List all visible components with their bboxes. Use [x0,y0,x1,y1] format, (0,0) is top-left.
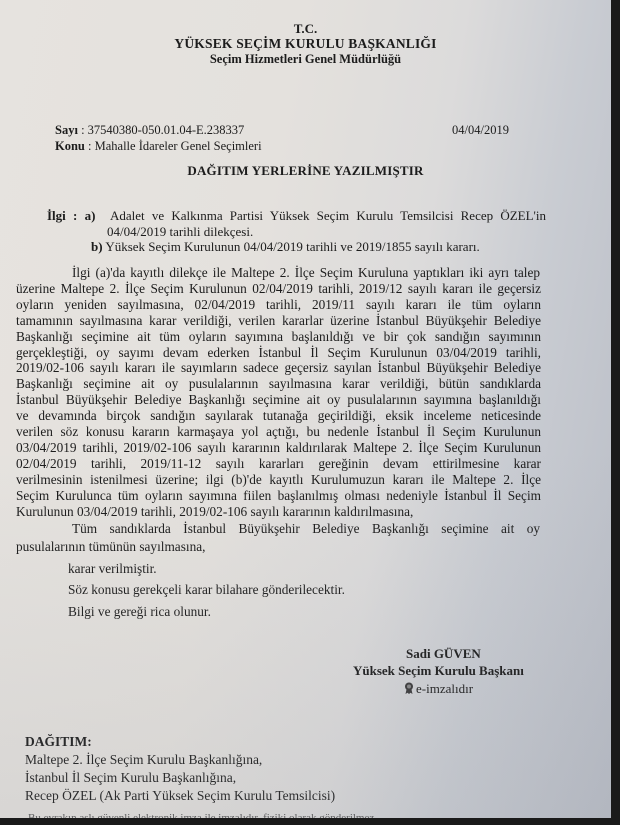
document-page: T.C. YÜKSEK SEÇİM KURULU BAŞKANLIĞI Seçi… [0,0,611,818]
body-paragraph-1-line: 2019/02-106 sayılı kararı ile sayımların… [16,360,541,376]
body-paragraph-1-line: gerçekleştiği, oy sayımı devam ederken İ… [16,345,541,361]
ilgi-b: b) Yüksek Seçim Kurulunun 04/04/2019 tar… [91,239,480,255]
distribution-item: Maltepe 2. İlçe Seçim Kurulu Başkanlığın… [25,752,262,768]
body-paragraph-1-line: Kurulunun 03/04/2019 tarihli, 2019/02-10… [16,504,541,520]
seal-icon [404,682,414,694]
body-paragraph-1-line: 02/04/2019 tarihli, 2019/11-12 sayılı ka… [16,456,541,472]
ilgi-a-line1: Adalet ve Kalkınma Partisi Yüksek Seçim … [110,208,546,224]
ilgi-label: İlgi [47,208,66,223]
closing-text: Bilgi ve gereği rica olunur. [68,604,211,620]
distribution-label: DAĞITIM: [25,734,92,750]
body-paragraph-1-line: İstanbul Büyükşehir Belediye Başkanlığı … [16,392,541,408]
konu-value: : Mahalle İdareler Genel Seçimleri [88,139,262,153]
ilgi-b-label: b) [91,239,103,254]
body-paragraph-1-line: ve devamında birçok sandığın sayılarak t… [16,408,541,424]
body-paragraph-1-line: İlgi (a)'da kayıtlı dilekçe ile Maltepe … [72,265,540,281]
signatory-title: Yüksek Seçim Kurulu Başkanı [353,663,524,679]
body-paragraph-1-line: tamamının sayılmasına karar verildiği, v… [16,313,541,329]
body-paragraph-1-line: oyların yeniden sayılmasına, 02/04/2019 … [16,297,541,313]
body-paragraph-2-line1: Tüm sandıklarda İstanbul Büyükşehir Bele… [72,521,540,537]
body-paragraph-1-line: Başkanlığı seçimine ait oy pusulalarının… [16,376,541,392]
note-text: Söz konusu gerekçeli karar bilahare gönd… [68,582,345,598]
body-paragraph-1-line: Başkanlığı seçimine ait tüm oyların sayı… [16,329,541,345]
body-paragraph-1-line: 03/04/2019 tarihli, 2019/02-106 sayılı k… [16,440,541,456]
header-institution: YÜKSEK SEÇİM KURULU BAŞKANLIĞI [0,36,611,52]
decision-text: karar verilmiştir. [68,561,157,577]
header-department: Seçim Hizmetleri Genel Müdürlüğü [0,52,611,67]
body-paragraph-1-line: verilmesinin istenilmesi üzerine; ilgi (… [16,472,541,488]
esign-row: e-imzalıdır [404,681,473,697]
sayi-label: Sayı [55,123,78,137]
document-title: DAĞITIM YERLERİNE YAZILMIŞTIR [0,163,611,179]
ilgi-a-label: a) [85,208,96,223]
body-paragraph-1-line: Seçim Kurulunca tüm oyların sayımına fii… [16,488,541,504]
distribution-item: Recep ÖZEL (Ak Parti Yüksek Seçim Kurulu… [25,788,335,804]
document-date: 04/04/2019 [452,123,509,138]
signatory-name: Sadi GÜVEN [406,646,481,662]
body-paragraph-1-line: üzerine Maltepe 2. İlçe Seçim Kurulunun … [16,281,541,297]
sayi-value: : 37540380-050.01.04-E.238337 [81,123,244,137]
meta-sayi: Sayı : 37540380-050.01.04-E.238337 [55,123,244,138]
meta-konu: Konu : Mahalle İdareler Genel Seçimleri [55,139,262,154]
header-tc: T.C. [0,21,611,37]
ilgi-colon: : [73,208,77,223]
distribution-item: İstanbul İl Seçim Kurulu Başkanlığına, [25,770,236,786]
ilgi-b-text: Yüksek Seçim Kurulunun 04/04/2019 tarihl… [105,239,479,254]
footer-note: Bu evrakın aslı güvenli elektronik imza … [28,812,377,818]
body-paragraph-2-line2: pusulalarının tümünün sayılmasına, [16,539,541,555]
ilgi-label-row: İlgi : a) [47,208,95,224]
konu-label: Konu [55,139,85,153]
ilgi-a-line2: 04/04/2019 tarihli dilekçesi. [107,224,253,240]
body-paragraph-1-line: verilen söz konusu kararın karmaşaya yol… [16,424,541,440]
esign-text: e-imzalıdır [416,681,473,696]
